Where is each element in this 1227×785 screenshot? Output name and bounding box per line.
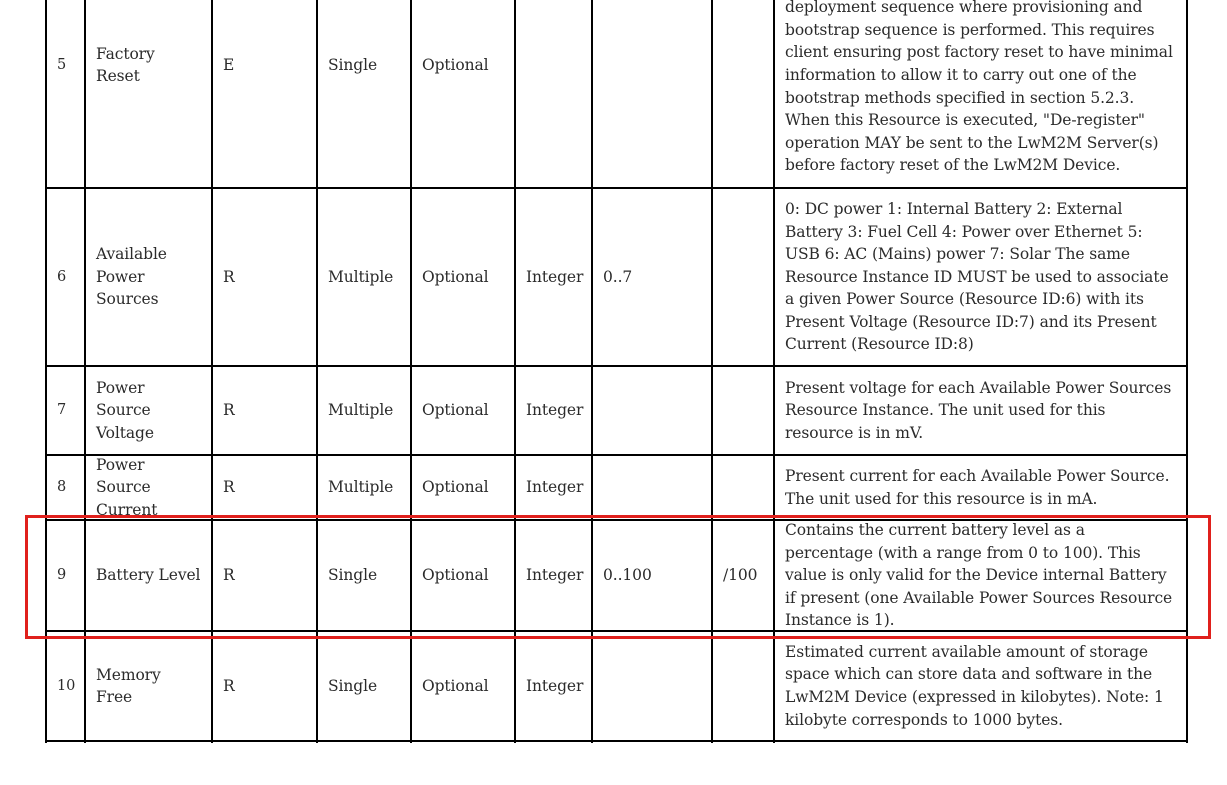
resource-id: 5: [47, 0, 84, 130]
resource-mandatory: Optional: [412, 0, 514, 130]
resource-id: 9: [47, 521, 84, 630]
resource-range: 0..100: [593, 521, 711, 630]
resource-operations: R: [213, 456, 316, 519]
resource-units: [713, 189, 773, 365]
resource-id: 6: [47, 189, 84, 365]
resource-name: Available Power Sources: [86, 189, 211, 365]
resource-description: Present voltage for each Available Power…: [775, 367, 1186, 454]
resource-range: [593, 0, 711, 130]
resource-mandatory: Optional: [412, 632, 514, 740]
resource-range: 0..7: [593, 189, 711, 365]
resource-instances: Single: [318, 0, 410, 130]
resource-mandatory: Optional: [412, 367, 514, 454]
resource-operations: E: [213, 0, 316, 130]
resource-type: Integer: [516, 521, 591, 630]
resource-units: [713, 632, 773, 740]
resource-mandatory: Optional: [412, 189, 514, 365]
resource-instances: Multiple: [318, 456, 410, 519]
resource-range: [593, 632, 711, 740]
row-divider: [45, 740, 1188, 742]
resource-type: Integer: [516, 632, 591, 740]
resource-operations: R: [213, 521, 316, 630]
resource-mandatory: Optional: [412, 521, 514, 630]
resource-name: Power Source Current: [86, 456, 211, 519]
resource-units: /100: [713, 521, 773, 630]
resource-description: deployment sequence where provisioning a…: [775, 0, 1186, 187]
resource-name: Battery Level: [86, 521, 211, 630]
resource-id: 10: [47, 632, 84, 740]
resource-instances: Single: [318, 521, 410, 630]
resource-name: Memory Free: [86, 632, 211, 740]
resource-description: 0: DC power 1: Internal Battery 2: Exter…: [775, 189, 1186, 365]
resource-units: [713, 0, 773, 130]
resource-description: Present current for each Available Power…: [775, 456, 1186, 519]
resource-instances: Multiple: [318, 367, 410, 454]
resource-name: Factory Reset: [86, 0, 211, 130]
resource-id: 8: [47, 456, 84, 519]
resource-operations: R: [213, 367, 316, 454]
resource-range: [593, 456, 711, 519]
resource-units: [713, 456, 773, 519]
resource-instances: Multiple: [318, 189, 410, 365]
resource-type: Integer: [516, 456, 591, 519]
resource-type: Integer: [516, 189, 591, 365]
resource-instances: Single: [318, 632, 410, 740]
resource-description: Estimated current available amount of st…: [775, 632, 1186, 740]
resource-type: [516, 0, 591, 130]
lwm2m-device-resources-table: 5 Factory Reset E Single Optional deploy…: [0, 0, 1227, 785]
resource-operations: R: [213, 189, 316, 365]
resource-id: 7: [47, 367, 84, 454]
resource-operations: R: [213, 632, 316, 740]
resource-type: Integer: [516, 367, 591, 454]
resource-range: [593, 367, 711, 454]
resource-mandatory: Optional: [412, 456, 514, 519]
resource-name: Power Source Voltage: [86, 367, 211, 454]
resource-description: Contains the current battery level as a …: [775, 521, 1186, 630]
resource-units: [713, 367, 773, 454]
